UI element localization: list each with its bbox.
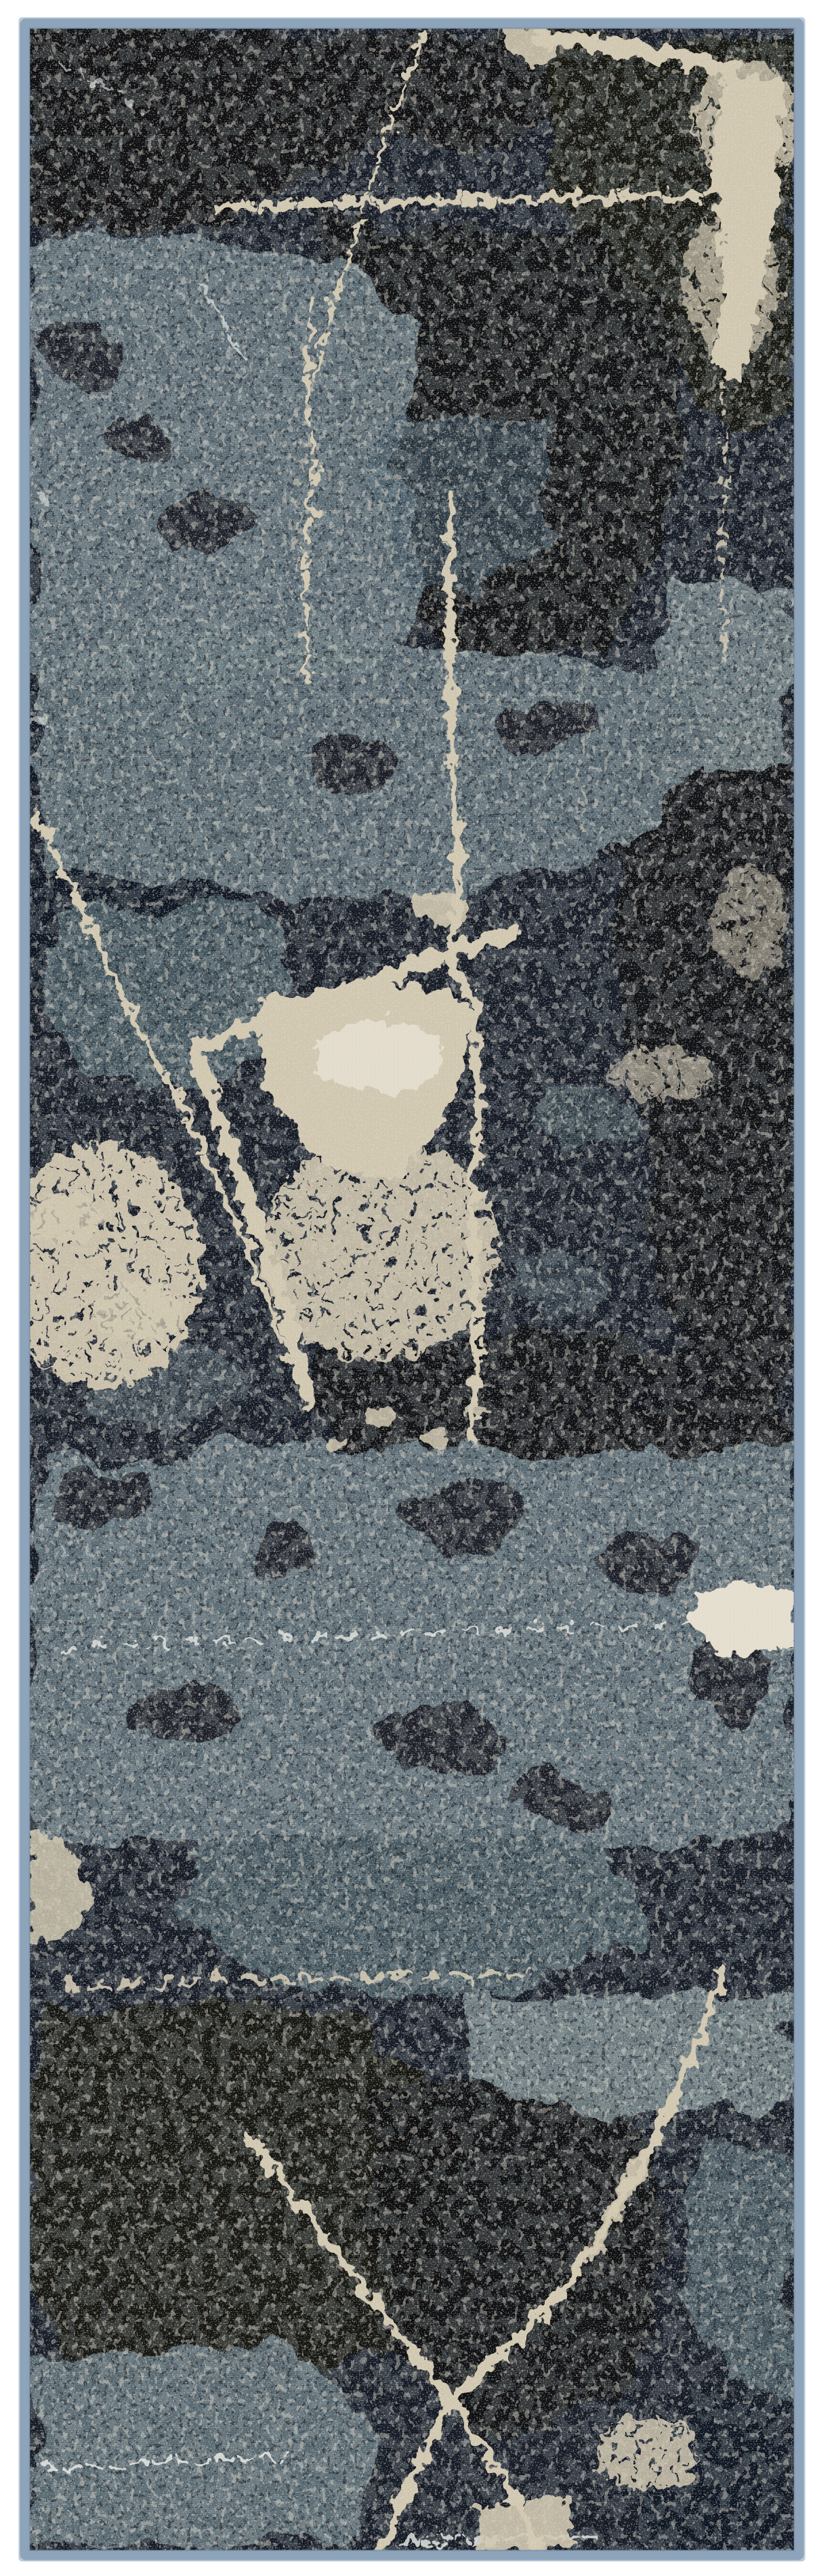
fine-fleck-overlay [30, 28, 794, 2550]
product-photo-canvas: Top-down product photo of a long abstrac… [0, 0, 813, 2576]
rug [0, 19, 804, 2574]
rug-artwork [0, 0, 813, 2576]
rug-pattern [0, 28, 799, 2573]
